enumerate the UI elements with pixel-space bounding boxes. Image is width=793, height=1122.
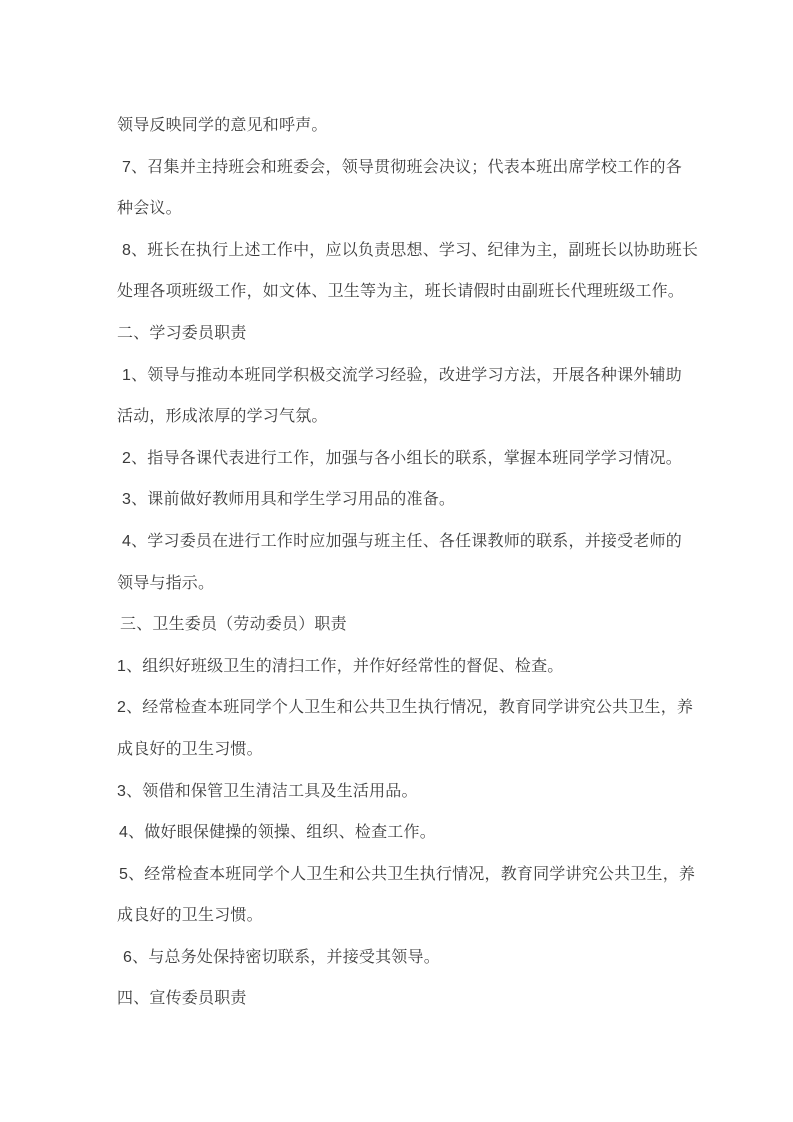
text-line: 四、宣传委员职责: [117, 978, 693, 1020]
text-line: 7、召集并主持班会和班委会，领导贯彻班会决议；代表本班出席学校工作的各: [117, 147, 693, 189]
text-line: 4、学习委员在进行工作时应加强与班主任、各任课教师的联系，并接受老师的: [117, 521, 693, 563]
text-line: 活动，形成浓厚的学习气氛。: [117, 396, 693, 438]
text-line: 5、经常检查本班同学个人卫生和公共卫生执行情况，教育同学讲究公共卫生，养: [117, 854, 693, 896]
text-line: 三、卫生委员（劳动委员）职责: [117, 604, 693, 646]
text-line: 3、领借和保管卫生清洁工具及生活用品。: [117, 771, 693, 813]
text-line: 种会议。: [117, 188, 693, 230]
text-line: 3、课前做好教师用具和学生学习用品的准备。: [117, 479, 693, 521]
text-line: 二、学习委员职责: [117, 313, 693, 355]
text-line: 6、与总务处保持密切联系，并接受其领导。: [117, 937, 693, 979]
text-line: 处理各项班级工作，如文体、卫生等为主，班长请假时由副班长代理班级工作。: [117, 271, 693, 313]
text-line: 1、组织好班级卫生的清扫工作，并作好经常性的督促、检查。: [117, 646, 693, 688]
text-line: 2、经常检查本班同学个人卫生和公共卫生执行情况，教育同学讲究公共卫生，养: [117, 687, 693, 729]
document-body: 领导反映同学的意见和呼声。7、召集并主持班会和班委会，领导贯彻班会决议；代表本班…: [117, 105, 693, 1020]
text-line: 领导反映同学的意见和呼声。: [117, 105, 693, 147]
text-line: 成良好的卫生习惯。: [117, 895, 693, 937]
text-line: 领导与指示。: [117, 563, 693, 605]
text-line: 成良好的卫生习惯。: [117, 729, 693, 771]
text-line: 1、领导与推动本班同学积极交流学习经验，改进学习方法，开展各种课外辅助: [117, 355, 693, 397]
text-line: 8、班长在执行上述工作中，应以负责思想、学习、纪律为主，副班长以协助班长: [117, 230, 693, 272]
text-line: 4、做好眼保健操的领操、组织、检查工作。: [117, 812, 693, 854]
text-line: 2、指导各课代表进行工作，加强与各小组长的联系，掌握本班同学学习情况。: [117, 438, 693, 480]
document-page: 领导反映同学的意见和呼声。7、召集并主持班会和班委会，领导贯彻班会决议；代表本班…: [0, 0, 793, 1122]
